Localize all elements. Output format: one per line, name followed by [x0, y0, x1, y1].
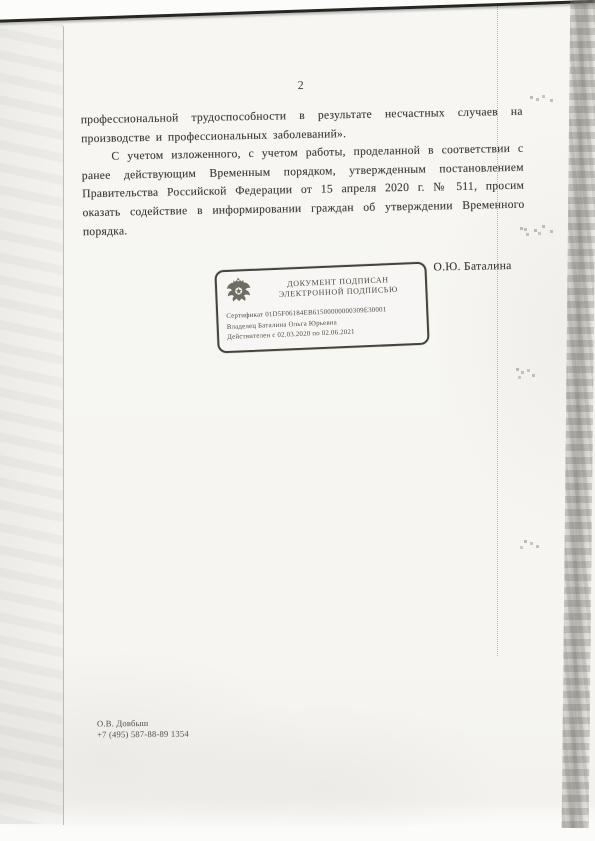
executor-phone: +7 (495) 587-88-89 1354: [97, 729, 189, 741]
stamp-title: ДОКУМЕНТ ПОДПИСАН ЭЛЕКТРОННОЙ ПОДПИСЬЮ: [259, 274, 418, 301]
coat-of-arms-eagle-icon: [225, 277, 253, 305]
stamp-details: Сертификат 01D5F06184EB61500000000309E30…: [226, 304, 419, 344]
scan-noise: [516, 368, 519, 371]
scan-noise: [530, 96, 533, 99]
electronic-signature-stamp: ДОКУМЕНТ ПОДПИСАН ЭЛЕКТРОННОЙ ПОДПИСЬЮ С…: [214, 262, 429, 354]
scan-noise: [524, 540, 527, 543]
scan-left-margin-strip: [0, 24, 63, 824]
document-body: 2 профессиональной трудоспособности в ре…: [80, 74, 526, 281]
stamp-header: ДОКУМЕНТ ПОДПИСАН ЭЛЕКТРОННОЙ ПОДПИСЬЮ: [225, 270, 418, 305]
executor-contact-block: О.В. Довбыш +7 (495) 587-88-89 1354: [97, 718, 189, 741]
scan-fold-line-left: [63, 26, 64, 825]
scanned-document-page: 2 профессиональной трудоспособности в ре…: [0, 0, 595, 841]
body-paragraph-2: С учетом изложенного, с учетом работы, п…: [81, 140, 525, 241]
